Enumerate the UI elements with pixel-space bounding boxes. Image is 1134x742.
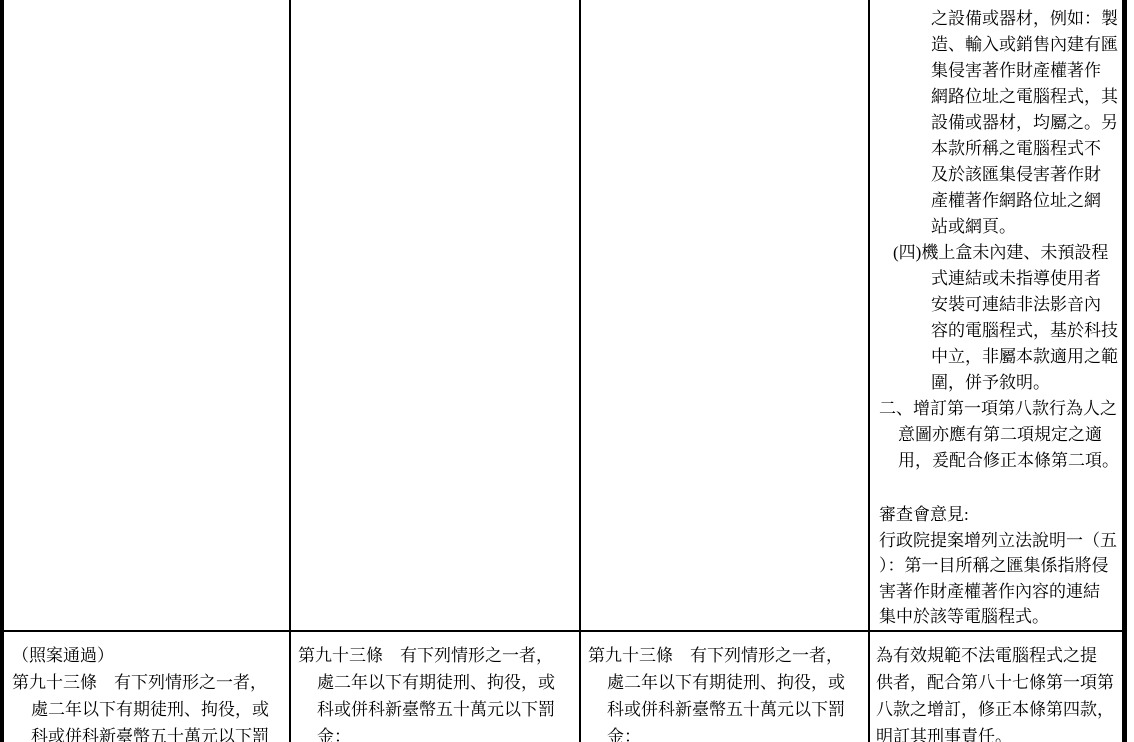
text-line: （照案通過） xyxy=(12,642,287,669)
text-line: 產權著作網路位址之網 xyxy=(879,188,1120,214)
text-line: 第九十三條 有下列情形之一者， xyxy=(588,642,866,669)
text-line: 行政院提案增列立法說明一（五 xyxy=(879,528,1120,554)
text-line: 安裝可連結非法影音內 xyxy=(879,292,1120,318)
text-line: 明訂其刑事責任。 xyxy=(876,723,1120,742)
text-line: 站或網頁。 xyxy=(879,214,1120,240)
text-line: 容的電腦程式，基於科技 xyxy=(879,318,1120,344)
text-line: 之設備或器材，例如：製 xyxy=(879,6,1120,32)
text-line: 用，爰配合修正本條第二項。 xyxy=(879,448,1120,474)
text-line: 處二年以下有期徒刑、拘役，或 xyxy=(588,669,866,696)
text-line: 為有效規範不法電腦程式之提 xyxy=(876,642,1120,669)
text-line: 第九十三條 有下列情形之一者， xyxy=(12,669,287,696)
top-row-col3-empty-cell xyxy=(581,0,868,630)
bottom-row-draft-version-cell: 第九十三條 有下列情形之一者， 處二年以下有期徒刑、拘役，或 科或併科新臺幣五十… xyxy=(291,632,579,742)
text-line: 害著作財產權著作內容的連結 xyxy=(879,579,1120,605)
text-line: 造、輸入或銷售內建有匯 xyxy=(879,32,1120,58)
bottom-row-explanation-cell: 為有效規範不法電腦程式之提 供者，配合第八十七條第一項第 八款之增訂，修正本條第… xyxy=(870,632,1122,742)
top-row-col1-empty-cell xyxy=(4,0,289,630)
item4-block: (四)機上盒未內建、未預設程 式連結或未指導使用者 安裝可連結非法影音內 容的電… xyxy=(879,240,1120,396)
text-line: 金： xyxy=(588,723,866,742)
text-line: 第九十三條 有下列情形之一者， xyxy=(298,642,577,669)
text-line: 式連結或未指導使用者 xyxy=(879,266,1120,292)
text-line: 本款所稱之電腦程式不 xyxy=(879,136,1120,162)
text-line: 集侵害著作財產權著作 xyxy=(879,58,1120,84)
text-line: 供者，配合第八十七條第一項第 xyxy=(876,669,1120,696)
bottom-row-current-law-cell: 第九十三條 有下列情形之一者， 處二年以下有期徒刑、拘役，或 科或併科新臺幣五十… xyxy=(581,632,868,742)
item3-continuation-block: 之設備或器材，例如：製 造、輸入或銷售內建有匯 集侵害著作財產權著作 網路位址之… xyxy=(879,6,1120,240)
text-line: 處二年以下有期徒刑、拘役，或 xyxy=(298,669,577,696)
top-row-col2-empty-cell xyxy=(291,0,579,630)
text-line: (四)機上盒未內建、未預設程 xyxy=(879,240,1120,266)
text-line: 集中於該等電腦程式。 xyxy=(879,604,1120,630)
text-line: 科或併科新臺幣五十萬元以下罰 xyxy=(12,723,287,742)
legislative-comparison-document: 之設備或器材，例如：製 造、輸入或銷售內建有匯 集侵害著作財產權著作 網路位址之… xyxy=(0,0,1134,742)
review-heading: 審查會意見: xyxy=(879,502,1120,528)
note2-block: 二、增訂第一項第八款行為人之 意圖亦應有第二項規定之適 用，爰配合修正本條第二項… xyxy=(879,396,1120,474)
text-line: 意圖亦應有第二項規定之適 xyxy=(879,422,1120,448)
text-line: 及於該匯集侵害著作財 xyxy=(879,162,1120,188)
text-line: ）：第一目所稱之匯集係指將侵 xyxy=(879,553,1120,579)
text-line: 二、增訂第一項第八款行為人之 xyxy=(879,396,1120,422)
text-line: 金： xyxy=(298,723,577,742)
text-line: 科或併科新臺幣五十萬元以下罰 xyxy=(298,696,577,723)
text-line: 處二年以下有期徒刑、拘役，或 xyxy=(12,696,287,723)
review-committee-opinion-block: 審查會意見: 行政院提案增列立法說明一（五 ）：第一目所稱之匯集係指將侵 害著作… xyxy=(879,502,1120,630)
text-line: 中立，非屬本款適用之範 xyxy=(879,344,1120,370)
bottom-row-passed-version-cell: （照案通過） 第九十三條 有下列情形之一者， 處二年以下有期徒刑、拘役，或 科或… xyxy=(4,632,289,742)
text-line: 圍，併予敘明。 xyxy=(879,370,1120,396)
text-line: 科或併科新臺幣五十萬元以下罰 xyxy=(588,696,866,723)
text-line: 設備或器材，均屬之。另 xyxy=(879,110,1120,136)
text-line: 八款之增訂，修正本條第四款， xyxy=(876,696,1120,723)
top-row-explanation-cell: 之設備或器材，例如：製 造、輸入或銷售內建有匯 集侵害著作財產權著作 網路位址之… xyxy=(870,0,1122,630)
text-line: 網路位址之電腦程式，其 xyxy=(879,84,1120,110)
